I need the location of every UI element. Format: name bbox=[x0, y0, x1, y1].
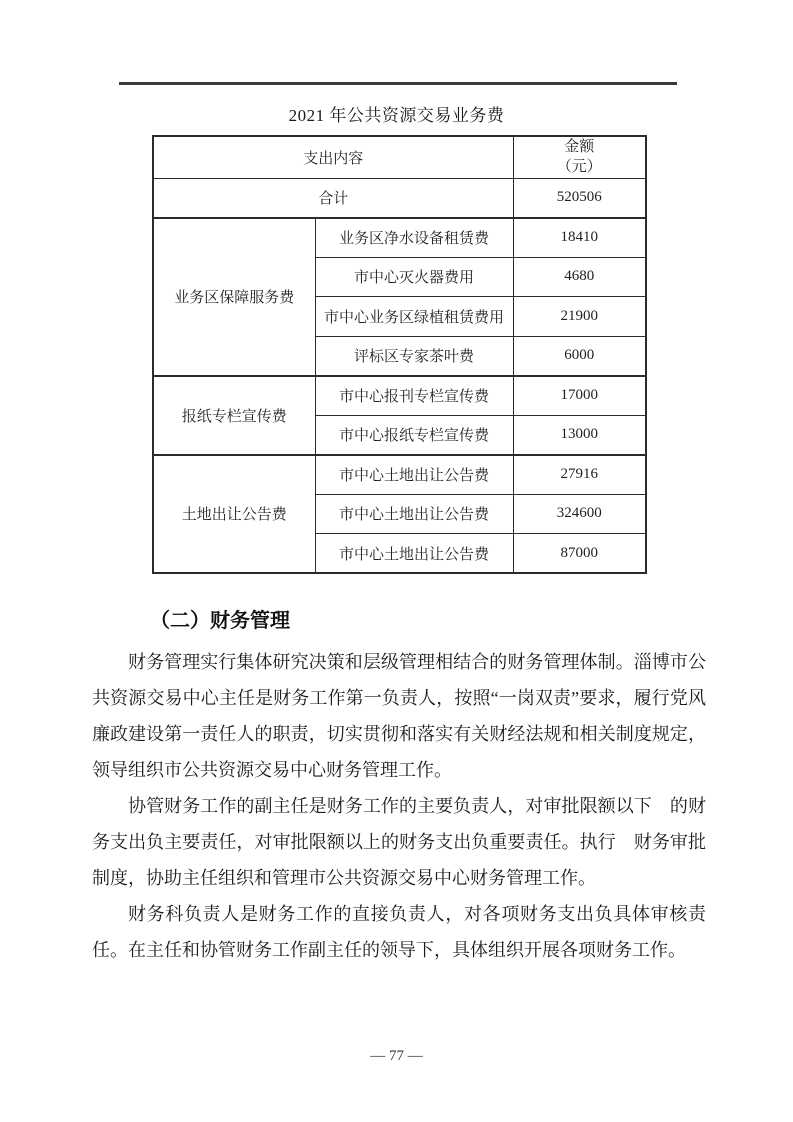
group-category: 业务区保障服务费 bbox=[153, 218, 315, 376]
table-row: 土地出让公告费 市中心土地出让公告费 27916 bbox=[153, 455, 646, 495]
group-category: 报纸专栏宣传费 bbox=[153, 376, 315, 455]
item-name: 市中心报纸专栏宣传费 bbox=[315, 415, 513, 455]
item-value: 6000 bbox=[513, 336, 646, 376]
total-label: 合计 bbox=[153, 178, 513, 218]
group-land-announcement-fees: 土地出让公告费 市中心土地出让公告费 27916 市中心土地出让公告费 3246… bbox=[153, 455, 646, 574]
group-category: 土地出让公告费 bbox=[153, 455, 315, 574]
header-cell-content: 支出内容 bbox=[153, 136, 513, 178]
item-name: 评标区专家茶叶费 bbox=[315, 336, 513, 376]
item-name: 市中心土地出让公告费 bbox=[315, 455, 513, 495]
header-row: 支出内容 金额 （元） bbox=[153, 136, 646, 178]
paragraph-3: 财务科负责人是财务工作的直接负责人，对各项财务支出负具体审核责任。在主任和协管财… bbox=[92, 896, 706, 968]
paragraph-1: 财务管理实行集体研究决策和层级管理相结合的财务管理体制。淄博市公共资源交易中心主… bbox=[92, 644, 706, 788]
header-cell-amount: 金额 （元） bbox=[513, 136, 646, 178]
group-newspaper-fees: 报纸专栏宣传费 市中心报刊专栏宣传费 17000 市中心报纸专栏宣传费 1300… bbox=[153, 376, 646, 455]
total-value: 520506 bbox=[513, 178, 646, 218]
table-title: 2021 年公共资源交易业务费 bbox=[0, 101, 793, 126]
group-service-fees: 业务区保障服务费 业务区净水设备租赁费 18410 市中心灭火器费用 4680 … bbox=[153, 218, 646, 376]
item-name: 市中心报刊专栏宣传费 bbox=[315, 376, 513, 416]
item-value: 17000 bbox=[513, 376, 646, 416]
item-value: 27916 bbox=[513, 455, 646, 495]
amount-header-line2: （元） bbox=[514, 157, 646, 177]
header-rule bbox=[119, 82, 677, 85]
page-number: — 77 — bbox=[0, 1048, 793, 1065]
item-name: 市中心土地出让公告费 bbox=[315, 494, 513, 534]
item-name: 业务区净水设备租赁费 bbox=[315, 218, 513, 258]
item-value: 324600 bbox=[513, 494, 646, 534]
document-page: 2021 年公共资源交易业务费 支出内容 金额 （元） 合计 520506 bbox=[0, 0, 793, 1122]
item-name: 市中心土地出让公告费 bbox=[315, 534, 513, 574]
table-row: 报纸专栏宣传费 市中心报刊专栏宣传费 17000 bbox=[153, 376, 646, 416]
item-value: 21900 bbox=[513, 297, 646, 337]
finance-management-section: （二）财务管理 财务管理实行集体研究决策和层级管理相结合的财务管理体制。淄博市公… bbox=[92, 607, 706, 968]
expense-table: 支出内容 金额 （元） 合计 520506 业务区保障服务费 业务区净水设备租赁… bbox=[152, 135, 647, 574]
item-value: 4680 bbox=[513, 257, 646, 297]
amount-header-line1: 金额 bbox=[514, 137, 646, 157]
table-row: 业务区保障服务费 业务区净水设备租赁费 18410 bbox=[153, 218, 646, 258]
total-row: 合计 520506 bbox=[153, 178, 646, 218]
item-name: 市中心灭火器费用 bbox=[315, 257, 513, 297]
paragraph-2: 协管财务工作的副主任是财务工作的主要负责人，对审批限额以下 的财务支出负主要责任… bbox=[92, 788, 706, 896]
item-value: 18410 bbox=[513, 218, 646, 258]
section-heading: （二）财务管理 bbox=[92, 607, 706, 635]
table-header: 支出内容 金额 （元） bbox=[153, 136, 646, 178]
total-section: 合计 520506 bbox=[153, 178, 646, 218]
item-name: 市中心业务区绿植租赁费用 bbox=[315, 297, 513, 337]
item-value: 13000 bbox=[513, 415, 646, 455]
item-value: 87000 bbox=[513, 534, 646, 574]
